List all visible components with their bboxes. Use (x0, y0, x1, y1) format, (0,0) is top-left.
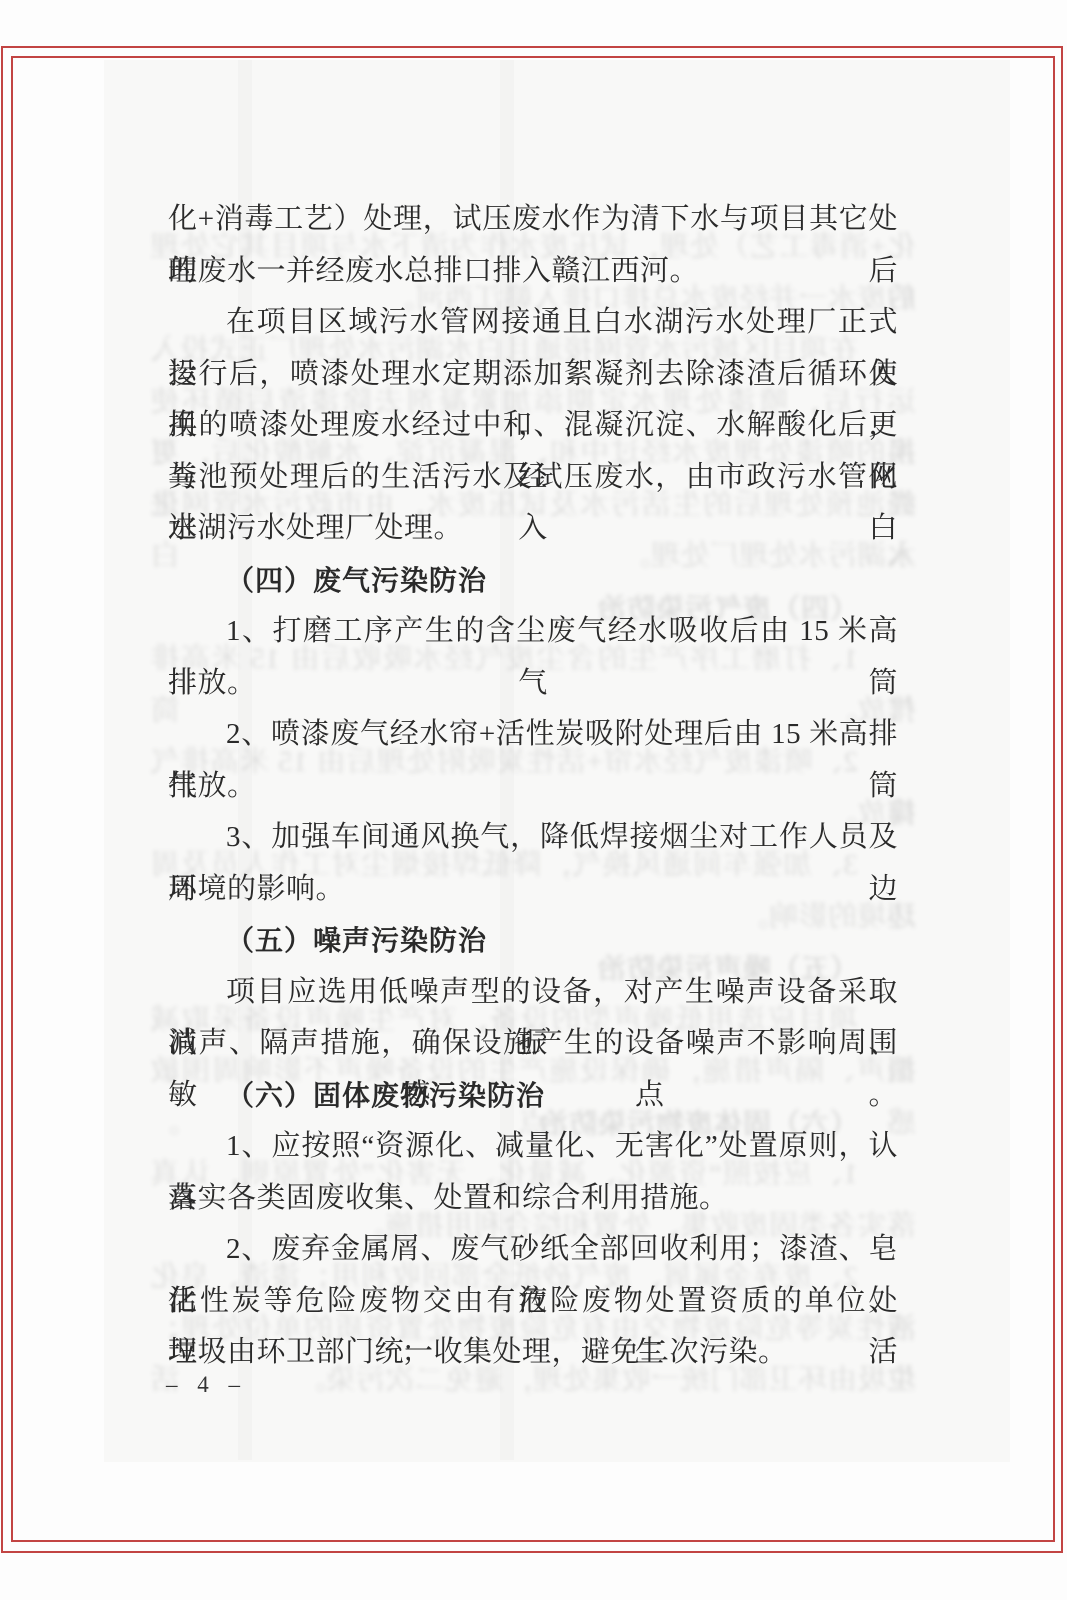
section-heading: （四）废气污染防治 (168, 555, 898, 607)
document-line: 运行后，喷漆处理水定期添加絮凝剂去除漆渣后循环使用，更 (168, 349, 898, 401)
document-line: 3、加强车间通风换气，降低焊接烟尘对工作人员及周边 (168, 812, 898, 864)
document-line: 消声、隔声措施，确保设施产生的设备噪声不影响周围敏感点。 (168, 1018, 898, 1070)
document-line: 项目应选用低噪声型的设备，对产生噪声设备采取减振、 (168, 967, 898, 1019)
document-line: 2、废弃金属屑、废气砂纸全部回收利用；漆渣、皂化液、 (168, 1224, 898, 1276)
page-number: – 4 – (166, 1372, 247, 1398)
document-line: 1、应按照“资源化、减量化、无害化”处置原则，认真 (168, 1121, 898, 1173)
document-line: 活性炭等危险废物交由有危险废物处置资质的单位处理；生活 (168, 1276, 898, 1328)
scanned-document-page: 化+消毒工艺）处理，试压废水作为清下水与项目其它处理后的废水一并经废水总排口排入… (0, 0, 1067, 1600)
document-line: 1、打磨工序产生的含尘废气经水吸收后由 15 米高排气筒 (168, 606, 898, 658)
document-line: 在项目区域污水管网接通且白水湖污水处理厂正式投入 (168, 297, 898, 349)
section-heading: （五）噪声污染防治 (168, 915, 898, 967)
document-body: 化+消毒工艺）处理，试压废水作为清下水与项目其它处理后的废水一并经废水总排口排入… (168, 194, 898, 1379)
document-line: 落实各类固废收集、处置和综合利用措施。 (168, 1173, 898, 1225)
document-line: 粪池预处理后的生活污水及试压废水，由市政污水管网进入白 (168, 452, 898, 504)
document-line: 换的喷漆处理废水经过中和、混凝沉淀、水解酸化后，与经化 (168, 400, 898, 452)
document-line: 2、喷漆废气经水帘+活性炭吸附处理后由 15 米高排气筒 (168, 709, 898, 761)
document-line: 化+消毒工艺）处理，试压废水作为清下水与项目其它处理后 (168, 194, 898, 246)
